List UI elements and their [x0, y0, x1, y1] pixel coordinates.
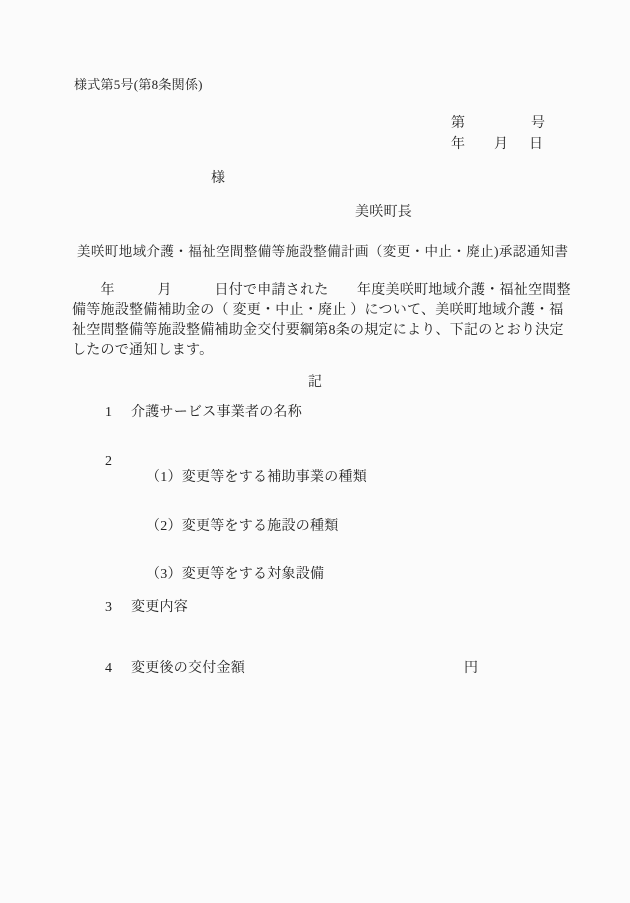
item-4-number: 4 — [105, 661, 125, 677]
item-1-number: 1 — [105, 405, 125, 421]
doc-number-prefix: 第 — [451, 116, 465, 132]
item-3-number: 3 — [105, 600, 125, 616]
date-year-label: 年 — [451, 137, 465, 153]
item-2-sub-1-marker: （1） — [146, 470, 182, 485]
form-number: 様式第5号(第8条関係) — [74, 77, 203, 93]
sender-title: 美咲町長 — [355, 205, 412, 221]
item-2-number: 2 — [105, 454, 125, 470]
item-2-sub-1-label: 変更等をする補助事業の種類 — [182, 470, 367, 485]
item-2-sub-3: （3）変更等をする対象設備 — [131, 551, 324, 599]
body-paragraph-line-4: したので通知します。 — [72, 343, 213, 359]
item-2-sub-1: （1）変更等をする補助事業の種類 — [131, 454, 367, 502]
addressee-honorific: 様 — [211, 171, 225, 187]
document-title: 美咲町地域介護・福祉空間整備等施設整備計画（変更・中止・廃止)承認通知書 — [77, 244, 568, 260]
item-2-sub-3-marker: （3） — [146, 567, 182, 582]
date-day-label: 日 — [529, 137, 543, 153]
item-2-sub-3-label: 変更等をする対象設備 — [182, 567, 325, 582]
official-notice-document: 様式第5号(第8条関係) 第 号 年 月 日 様 美咲町長 美咲町地域介護・福祉… — [0, 0, 630, 903]
body-paragraph-line-2: 備等施設整備補助金の（ 変更・中止・廃止 ）について、美咲町地域介護・福 — [72, 303, 563, 319]
date-month-label: 月 — [494, 137, 508, 153]
item-1-label: 介護サービス事業者の名称 — [131, 405, 302, 421]
body-paragraph-line-3: 祉空間整備等施設整備補助金交付要綱第8条の規定により、下記のとおり決定 — [72, 323, 564, 339]
item-3-label: 変更内容 — [131, 600, 188, 616]
record-marker: 記 — [0, 375, 630, 391]
item-2-sub-2-label: 変更等をする施設の種類 — [182, 519, 339, 534]
item-4-currency-unit: 円 — [464, 661, 478, 677]
item-2-sub-2: （2）変更等をする施設の種類 — [131, 503, 339, 551]
doc-number-unit: 号 — [531, 116, 545, 132]
item-2-sub-2-marker: （2） — [146, 519, 182, 534]
body-paragraph-line-1: 年 月 日付で申請された 年度美咲町地域介護・福祉空間整 — [72, 283, 571, 299]
item-4-label: 変更後の交付金額 — [131, 661, 245, 677]
